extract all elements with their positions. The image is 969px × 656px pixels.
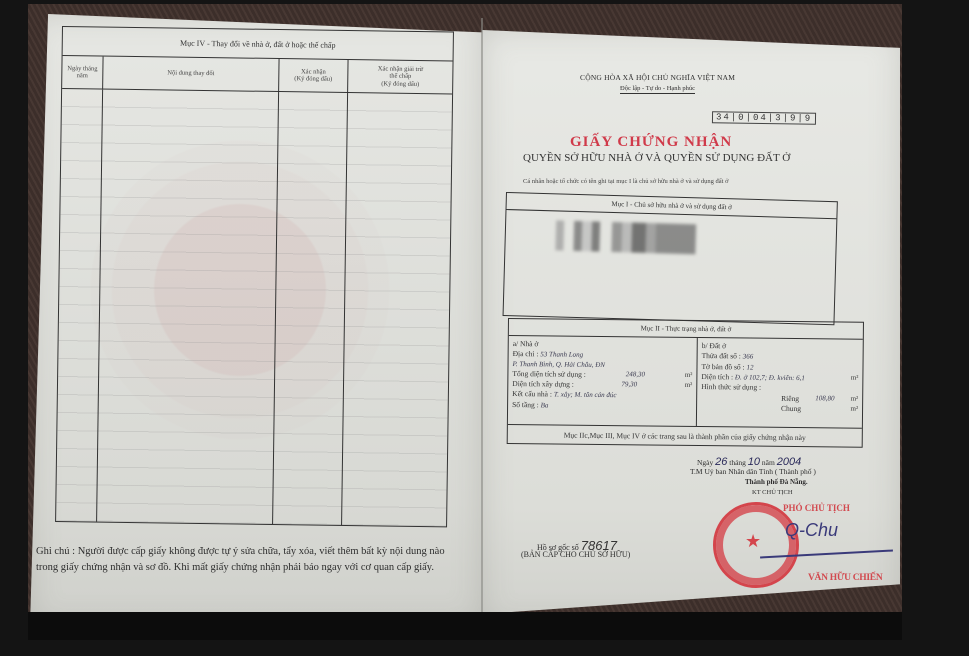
structure-label: Kết cấu nhà :: [512, 389, 552, 398]
unit: m²: [851, 374, 859, 385]
area-value: Đ. ở 102,7; Đ. kviên: 6,1: [735, 373, 805, 382]
star-icon: ★: [745, 531, 761, 552]
motto: Độc lập - Tự do - Hạnh phúc: [620, 85, 695, 94]
built-area-label: Diện tích xây dựng :: [512, 379, 574, 390]
redacted-owner-name: [555, 220, 696, 254]
certificate-description: Cá nhân hoặc tổ chức có tên ghi tại mục …: [523, 178, 729, 185]
note-text: Ghi chú : Người được cấp giấy không được…: [36, 544, 456, 577]
changes-table-body: [56, 89, 452, 526]
floors-label: Số tầng :: [512, 400, 539, 409]
copy-for-owner: (BẢN CẤP CHO CHỦ SỞ HỮU): [521, 550, 630, 559]
book-spine: [481, 18, 483, 624]
certificate-title: GIẤY CHỨNG NHẬN: [570, 134, 732, 151]
section-footer-note: Mục IIc,Mục III, Mục IV ở các trang sau …: [508, 425, 862, 447]
table-cell: [56, 89, 103, 522]
built-area-value: 79,30: [621, 380, 637, 390]
chairman-label: KT CHỦ TỊCH: [752, 489, 793, 496]
unit: m²: [685, 371, 693, 381]
photo-bottom-shadow: [28, 612, 902, 640]
floors-value: Ba: [541, 401, 549, 409]
unit: m²: [685, 381, 693, 391]
plot-value: 366: [743, 353, 754, 361]
serial-number: 34|0|04|3|9|9: [712, 111, 816, 124]
table-cell: [273, 92, 348, 525]
map-sheet-label: Tờ bản đồ số :: [701, 362, 744, 371]
vice-chairman-label: PHÓ CHỦ TỊCH: [783, 503, 850, 513]
date-prefix: Ngày: [697, 458, 713, 467]
section-property-status: Mục II - Thực trạng nhà ở, đất ở a/ Nhà …: [507, 318, 864, 448]
area-label: Diện tích :: [701, 372, 733, 381]
structure-value: T. xây; M. tôn cán đúc: [554, 391, 617, 400]
table-cell: [97, 90, 279, 524]
private-value: 108,80: [815, 394, 834, 404]
house-details: a/ Nhà ở Địa chỉ : 53 Thanh Long P. Than…: [508, 336, 698, 426]
column-change-content: Nội dung thay đổi: [103, 57, 279, 91]
month-label: tháng: [729, 458, 746, 467]
address-line-1: 53 Thanh Long: [540, 350, 583, 358]
unit: m²: [851, 394, 859, 404]
total-area-value: 248,30: [626, 370, 645, 380]
changes-table: Mục IV - Thay đổi về nhà ở, đất ở hoặc t…: [55, 26, 454, 527]
changes-table-header: Ngày tháng năm Nội dung thay đổi Xác nhậ…: [62, 56, 452, 94]
state-seal-icon: ★: [713, 502, 799, 588]
year-label: năm: [762, 458, 775, 467]
column-mortgage-release: Xác nhận giải trừ thế chấp (Ký đóng dấu): [348, 60, 452, 93]
private-label: Riêng: [781, 393, 799, 403]
section-owner: Mục I - Chủ sở hữu nhà ở và sử dụng đất …: [503, 192, 838, 325]
unit: m²: [850, 404, 858, 414]
committee-label: T.M Uỷ ban Nhân dân Tỉnh ( Thành phố ): [690, 467, 816, 476]
signer-name: VĂN HỮU CHIẾN: [808, 573, 882, 583]
map-sheet-value: 12: [746, 363, 753, 371]
nation-header: CỘNG HÒA XÃ HỘI CHỦ NGHĨA VIỆT NAM: [580, 73, 735, 82]
land-details: b/ Đất ở Thửa đất số : 366 Tờ bản đồ số …: [697, 338, 863, 428]
column-date: Ngày tháng năm: [62, 56, 103, 89]
city-label: Thành phố Đà Nẵng.: [745, 478, 808, 486]
address-label: Địa chỉ :: [513, 349, 539, 358]
plot-label: Thửa đất số :: [702, 351, 741, 360]
table-cell: [342, 93, 452, 526]
certificate-subtitle: QUYỀN SỞ HỮU NHÀ Ở VÀ QUYỀN SỬ DỤNG ĐẤT …: [523, 152, 790, 164]
shared-label: Chung: [781, 404, 801, 414]
column-confirmation: Xác nhận (Ký đóng dấu): [279, 59, 348, 92]
signature-icon: Q-Chu: [785, 520, 838, 541]
